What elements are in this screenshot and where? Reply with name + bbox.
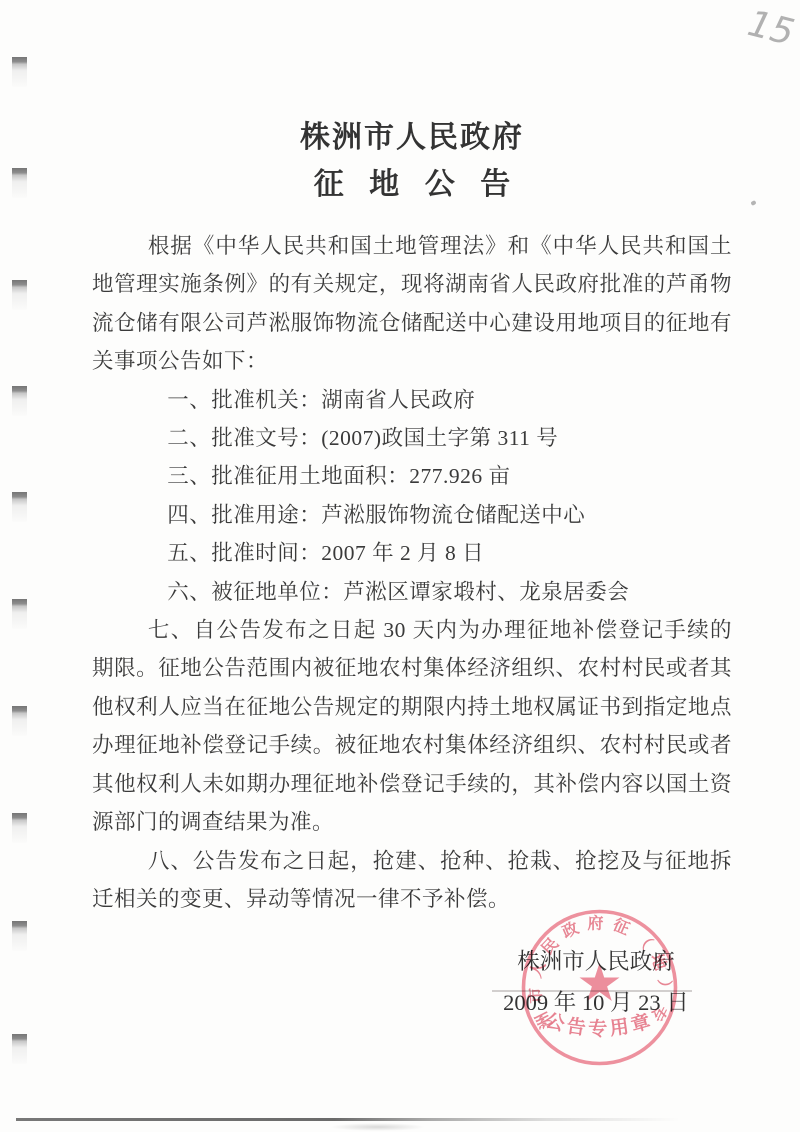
scan-binding-mark [12, 921, 27, 951]
scan-binding-mark [12, 813, 27, 843]
document-title: 株洲市人民政府 [92, 112, 732, 156]
scan-binding-mark [12, 706, 27, 736]
scan-binding-mark [12, 599, 27, 629]
list-item-5: 五、批准时间：2007 年 2 月 8 日 [92, 534, 732, 572]
scan-speck [750, 200, 756, 206]
list-item-3: 三、批准征用土地面积：277.926 亩 [92, 457, 732, 495]
document-body: 根据《中华人民共和国土地管理法》和《中华人民共和国土地管理实施条例》的有关规定，… [92, 227, 732, 918]
official-seal: 株洲市人民政府征（地）专用 公告专用章 [517, 905, 682, 1070]
scan-binding-mark [12, 1034, 27, 1064]
scan-binding-mark [12, 57, 27, 87]
document-subtitle: 征 地 公 告 [92, 159, 732, 203]
seal-bottom-text: 公告专用章 [543, 1008, 656, 1040]
paragraph-7: 七、自公告发布之日起 30 天内为办理征地补偿登记手续的期限。征地公告范围内被征… [92, 611, 732, 841]
scan-binding-mark [12, 492, 27, 522]
handwritten-page-number: 15 [744, 3, 798, 54]
scan-edge-line [16, 1118, 680, 1121]
scan-binding-mark [12, 386, 27, 416]
scan-binding-mark [12, 280, 27, 310]
scan-smudge [330, 1123, 425, 1131]
scan-binding-mark [12, 168, 27, 198]
scanned-document-page: 15 株洲市人民政府 征 地 公 告 根据《中华人民共和国土地管理法》和《中华人… [0, 0, 800, 1132]
star-icon [580, 963, 620, 1001]
list-item-6: 六、被征地单位：芦淞区谭家塅村、龙泉居委会 [92, 573, 732, 611]
list-item-4: 四、批准用途：芦淞服饰物流仓储配送中心 [92, 496, 732, 534]
intro-paragraph: 根据《中华人民共和国土地管理法》和《中华人民共和国土地管理实施条例》的有关规定，… [92, 227, 732, 381]
list-item-1: 一、批准机关：湖南省人民政府 [92, 381, 732, 419]
list-item-2: 二、批准文号：(2007)政国土字第 311 号 [92, 419, 732, 457]
